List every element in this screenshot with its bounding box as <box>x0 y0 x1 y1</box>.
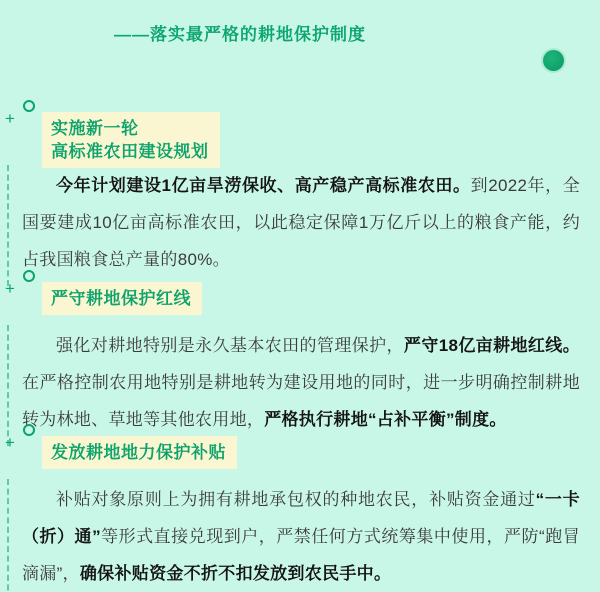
section-paragraph: 补贴对象原则上为拥有耕地承包权的种地农民，补贴资金通过“一卡（折）通”等形式直接… <box>22 481 580 592</box>
section-heading-highlight: + 发放耕地地力保护补贴 <box>42 436 237 469</box>
section-paragraph: 强化对耕地特别是永久基本农田的管理保护，严守18亿亩耕地红线。在严格控制农用地特… <box>22 327 580 438</box>
ring-icon <box>23 270 35 282</box>
plus-icon: + <box>5 110 15 127</box>
section-heading-line: 严守耕地保护红线 <box>51 287 191 310</box>
green-dot-icon <box>543 50 564 71</box>
section-heading-line: 实施新一轮 <box>51 117 209 140</box>
ring-icon <box>23 100 35 112</box>
section-heading-highlight: + 严守耕地保护红线 <box>42 282 202 315</box>
section-heading-line: 高标准农田建设规划 <box>51 140 209 163</box>
ring-icon <box>23 424 35 436</box>
section-paragraph: 今年计划建设1亿亩旱涝保收、高产稳产高标准农田。到2022年，全国要建成10亿亩… <box>22 167 580 278</box>
plus-icon: + <box>5 434 15 451</box>
page-title: ——落实最严格的耕地保护制度 <box>114 20 366 45</box>
section-heading-highlight: + 实施新一轮 高标准农田建设规划 <box>42 112 220 168</box>
plus-icon: + <box>5 280 15 297</box>
section-heading-line: 发放耕地地力保护补贴 <box>51 441 226 464</box>
